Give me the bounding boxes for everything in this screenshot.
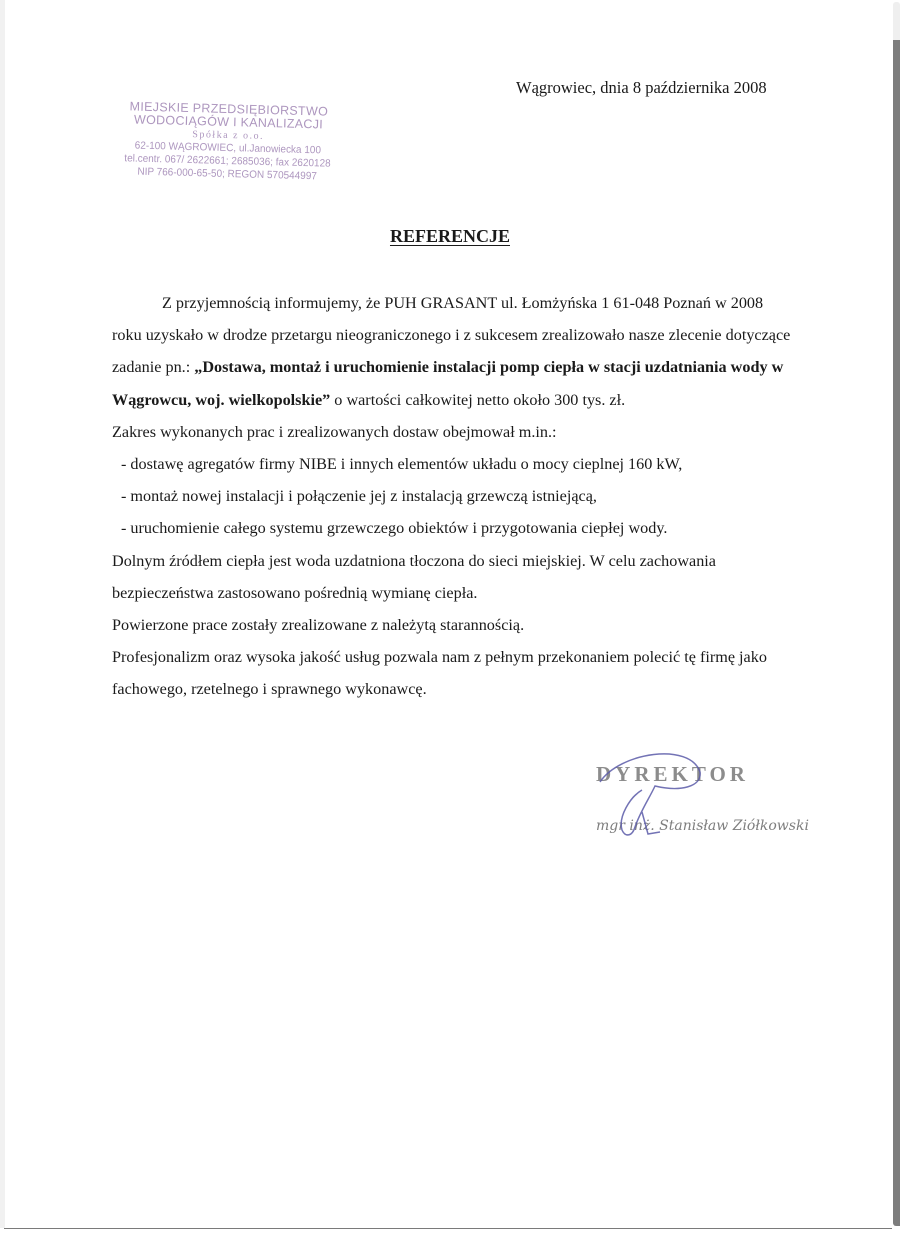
scope-item: - montaż nowej instalacji i połączenie j… xyxy=(112,480,792,512)
scope-item: - uruchomienie całego systemu grzewczego… xyxy=(112,512,792,544)
title-text: REFERENCJE xyxy=(390,226,510,246)
scope-intro: Zakres wykonanych prac i zrealizowanych … xyxy=(112,416,792,448)
paragraph-recommendation: Profesjonalizm oraz wysoka jakość usług … xyxy=(112,641,792,705)
letter-body: Z przyjemnością informujemy, że PUH GRAS… xyxy=(112,287,792,706)
intro-tail: o wartości całkowitej netto około 300 ty… xyxy=(330,391,625,409)
scope-item: - dostawę agregatów firmy NIBE i innych … xyxy=(112,448,792,480)
place-date: Wągrowiec, dnia 8 października 2008 xyxy=(516,78,767,98)
company-stamp: MIEJSKIE PRZEDSIĘBIORSTWO WODOCIĄGÓW I K… xyxy=(117,100,339,184)
paragraph-heat-source: Dolnym źródłem ciepła jest woda uzdatnio… xyxy=(112,545,792,609)
paragraph-diligence: Powierzone prace zostały zrealizowane z … xyxy=(112,609,792,641)
scrollbar-top[interactable] xyxy=(893,2,900,42)
page-bottom-border xyxy=(4,1228,894,1229)
document-title: REFERENCJE xyxy=(0,226,900,247)
document-page: Wągrowiec, dnia 8 października 2008 MIEJ… xyxy=(0,0,893,1228)
scrollbar-thumb[interactable] xyxy=(893,40,900,1226)
paragraph-intro: Z przyjemnością informujemy, że PUH GRAS… xyxy=(112,287,792,416)
handwritten-signature-icon xyxy=(580,742,710,842)
